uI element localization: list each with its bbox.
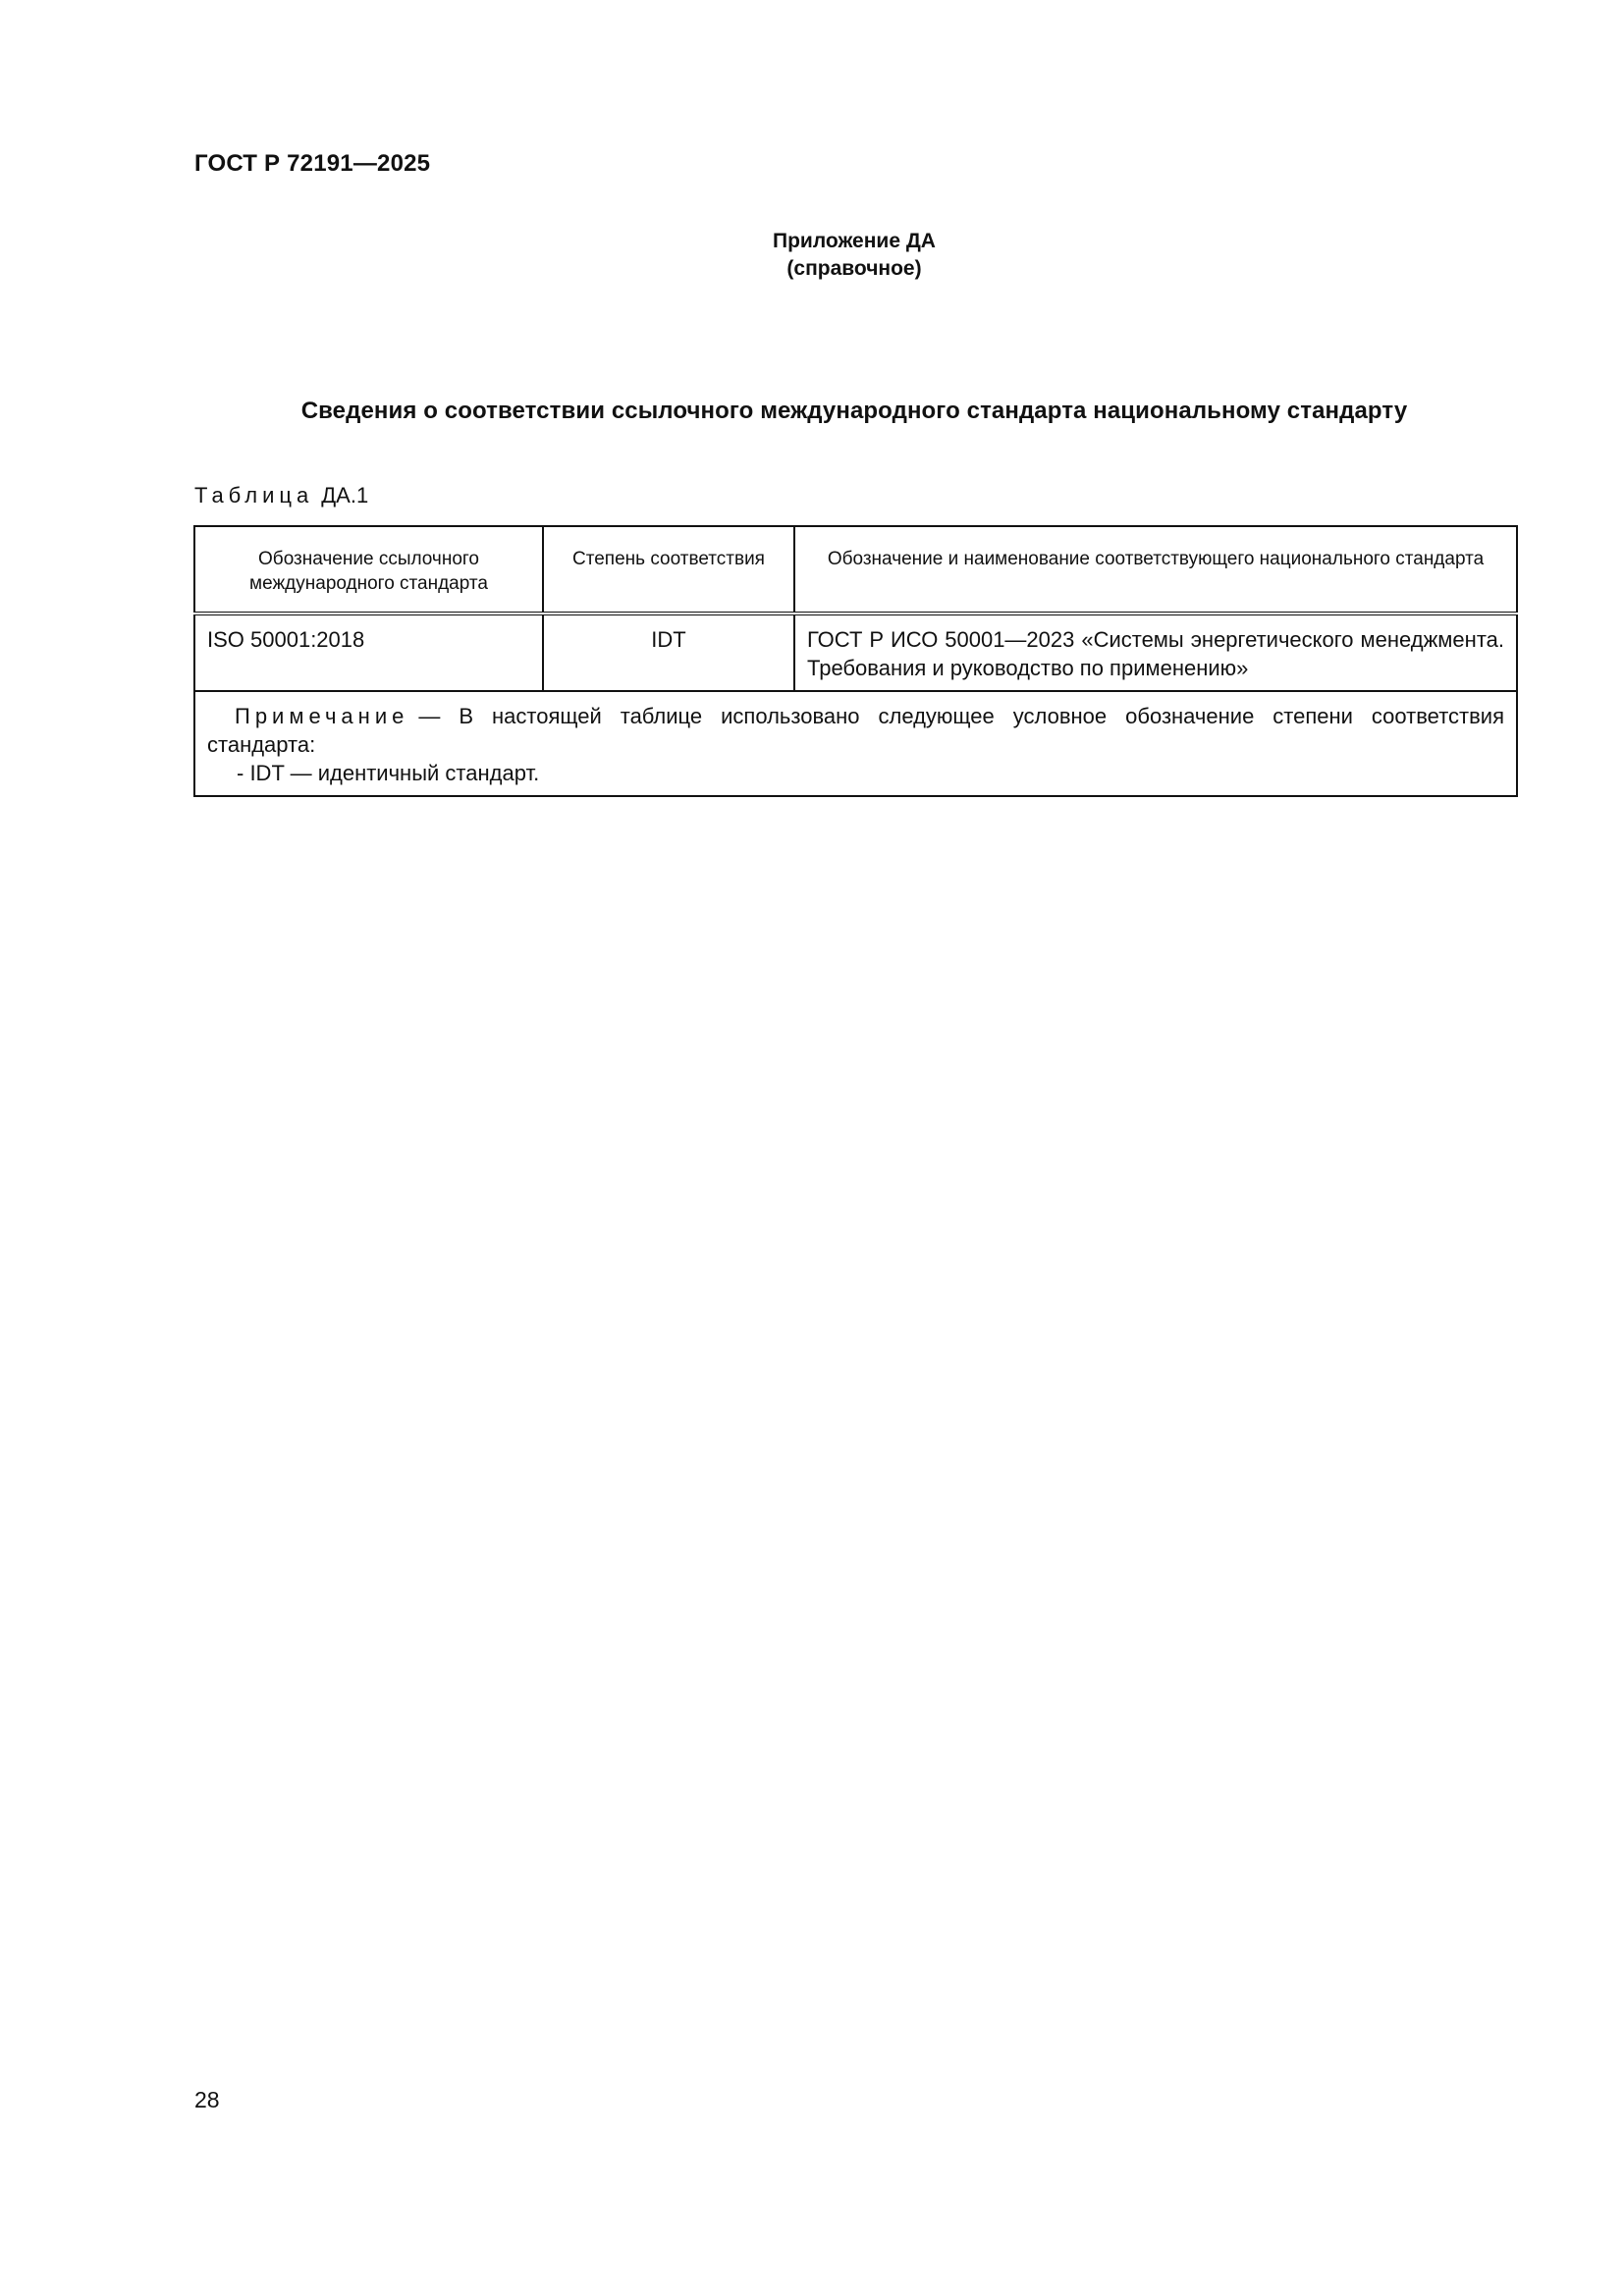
- column-header-intl-standard: Обозначение ссылочного международного ст…: [194, 526, 543, 614]
- cell-intl-standard: ISO 50001:2018: [194, 614, 543, 691]
- page-number: 28: [194, 2087, 220, 2113]
- cell-degree: IDT: [543, 614, 794, 691]
- column-header-degree: Степень соответствия: [543, 526, 794, 614]
- table-note-row: Примечание— В настоящей таблице использо…: [194, 691, 1517, 796]
- table-caption-word: Таблица: [194, 483, 313, 507]
- appendix-title: Приложение ДА: [550, 228, 1159, 254]
- cell-national-standard: ГОСТ Р ИСО 50001—2023 «Системы энергетич…: [794, 614, 1517, 691]
- section-title: Сведения о соответствии ссылочного между…: [177, 398, 1532, 425]
- correspondence-table: Обозначение ссылочного международного ст…: [193, 525, 1518, 797]
- document-designation: ГОСТ Р 72191—2025: [194, 150, 430, 178]
- note-item: - IDT — идентичный стандарт.: [207, 759, 1504, 787]
- appendix-subtitle: (справочное): [550, 255, 1159, 282]
- table-header-row: Обозначение ссылочного международного ст…: [194, 526, 1517, 614]
- note-paragraph: Примечание— В настоящей таблице использо…: [207, 702, 1504, 759]
- column-header-national-standard: Обозначение и наименование соответствующ…: [794, 526, 1517, 614]
- table-caption: ТаблицаДА.1: [194, 483, 368, 508]
- note-label: Примечание: [235, 704, 408, 728]
- table-row: ISO 50001:2018 IDT ГОСТ Р ИСО 50001—2023…: [194, 614, 1517, 691]
- table-note: Примечание— В настоящей таблице использо…: [194, 691, 1517, 796]
- table-caption-number: ДА.1: [321, 483, 368, 507]
